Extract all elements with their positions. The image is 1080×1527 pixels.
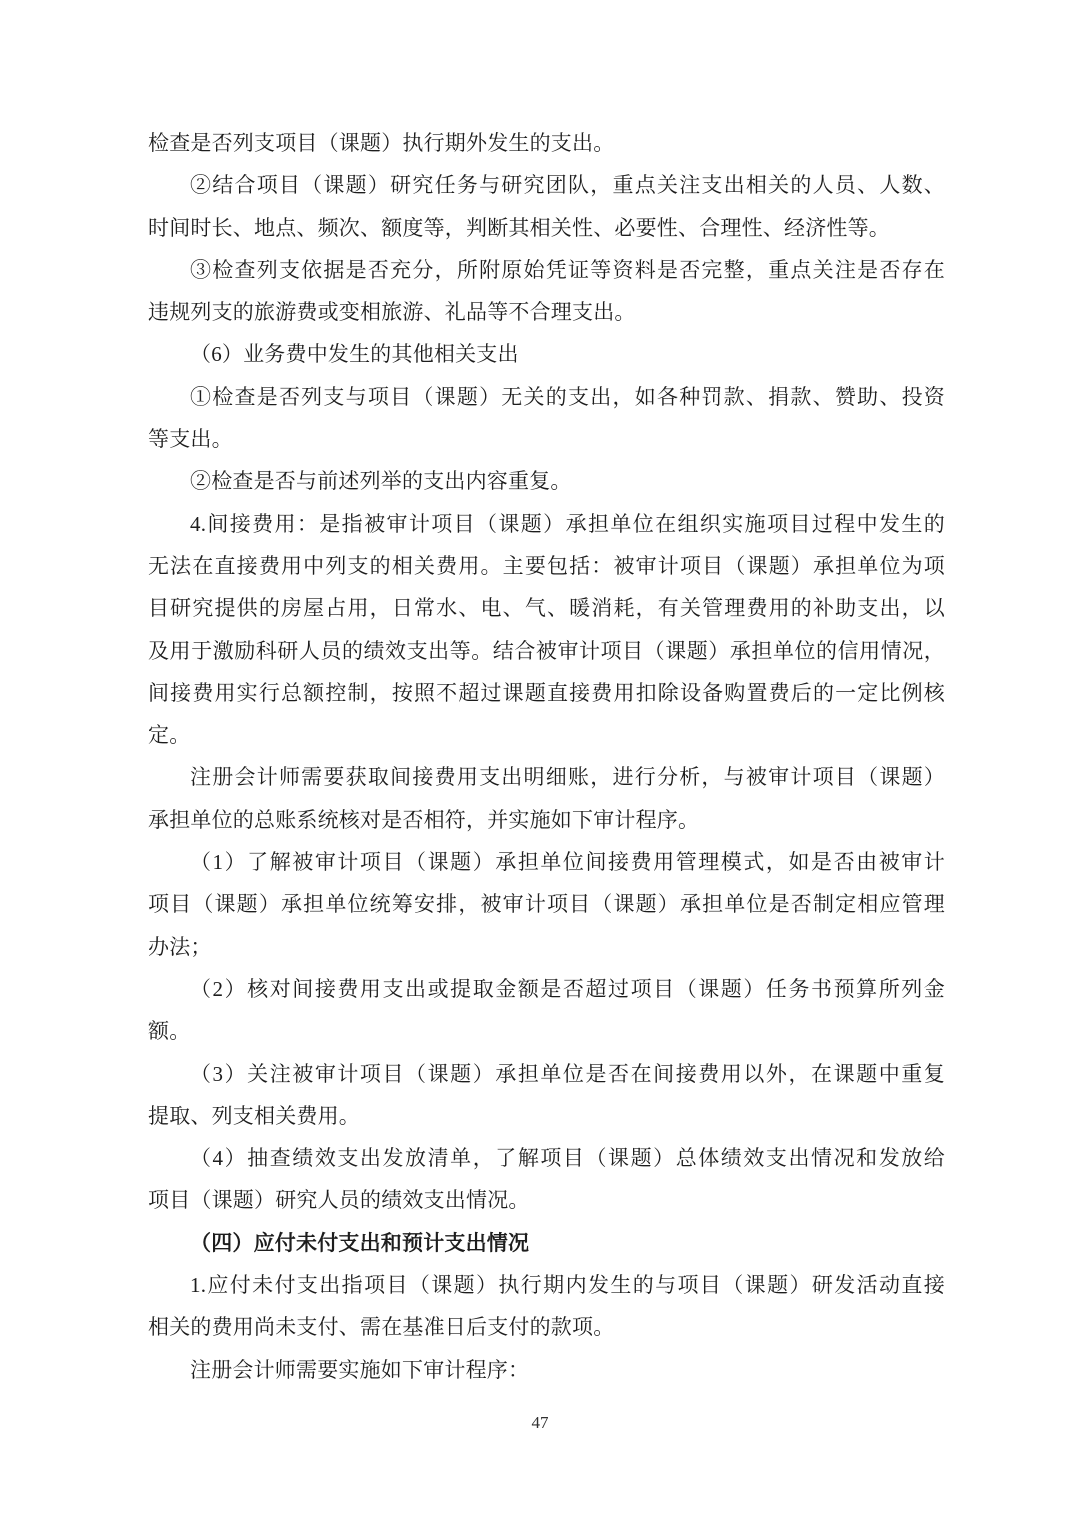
text-line: ②结合项目（课题）研究任务与研究团队，重点关注支出相关的人员、人数、	[148, 164, 945, 206]
page-number: 47	[0, 1413, 1080, 1433]
text-line: 项目（课题）承担单位统筹安排，被审计项目（课题）承担单位是否制定相应管理	[148, 883, 945, 925]
text-line: （1）了解被审计项目（课题）承担单位间接费用管理模式，如是否由被审计	[148, 841, 945, 883]
text-line: （4）抽查绩效支出发放清单，了解项目（课题）总体绩效支出情况和发放给	[148, 1137, 945, 1179]
text-line: 间接费用实行总额控制，按照不超过课题直接费用扣除设备购置费后的一定比例核	[148, 672, 945, 714]
text-line: 4.间接费用：是指被审计项目（课题）承担单位在组织实施项目过程中发生的	[148, 503, 945, 545]
text-line: 注册会计师需要实施如下审计程序：	[148, 1349, 945, 1391]
text-line: 违规列支的旅游费或变相旅游、礼品等不合理支出。	[148, 291, 945, 333]
text-line: （3）关注被审计项目（课题）承担单位是否在间接费用以外，在课题中重复	[148, 1053, 945, 1095]
text-line: 承担单位的总账系统核对是否相符，并实施如下审计程序。	[148, 799, 945, 841]
text-line: ②检查是否与前述列举的支出内容重复。	[148, 460, 945, 502]
text-line: （6）业务费中发生的其他相关支出	[148, 333, 945, 375]
text-line: 及用于激励科研人员的绩效支出等。结合被审计项目（课题）承担单位的信用情况，	[148, 630, 945, 672]
text-line: 等支出。	[148, 418, 945, 460]
text-line: ③检查列支依据是否充分，所附原始凭证等资料是否完整，重点关注是否存在	[148, 249, 945, 291]
text-line: （四）应付未付支出和预计支出情况	[148, 1222, 945, 1264]
text-line: 1.应付未付支出指项目（课题）执行期内发生的与项目（课题）研发活动直接	[148, 1264, 945, 1306]
document-page: 检查是否列支项目（课题）执行期外发生的支出。②结合项目（课题）研究任务与研究团队…	[0, 0, 1080, 1527]
text-line: 注册会计师需要获取间接费用支出明细账，进行分析，与被审计项目（课题）	[148, 756, 945, 798]
text-line: 时间时长、地点、频次、额度等，判断其相关性、必要性、合理性、经济性等。	[148, 207, 945, 249]
text-line: 项目（课题）研究人员的绩效支出情况。	[148, 1179, 945, 1221]
document-body: 检查是否列支项目（课题）执行期外发生的支出。②结合项目（课题）研究任务与研究团队…	[148, 122, 945, 1391]
text-line: 提取、列支相关费用。	[148, 1095, 945, 1137]
text-line: ①检查是否列支与项目（课题）无关的支出，如各种罚款、捐款、赞助、投资	[148, 376, 945, 418]
text-line: 定。	[148, 714, 945, 756]
text-line: 办法；	[148, 926, 945, 968]
text-line: 额。	[148, 1010, 945, 1052]
text-line: 相关的费用尚未支付、需在基准日后支付的款项。	[148, 1306, 945, 1348]
text-line: （2）核对间接费用支出或提取金额是否超过项目（课题）任务书预算所列金	[148, 968, 945, 1010]
text-line: 无法在直接费用中列支的相关费用。主要包括：被审计项目（课题）承担单位为项	[148, 545, 945, 587]
text-line: 检查是否列支项目（课题）执行期外发生的支出。	[148, 122, 945, 164]
text-line: 目研究提供的房屋占用，日常水、电、气、暖消耗，有关管理费用的补助支出，以	[148, 587, 945, 629]
